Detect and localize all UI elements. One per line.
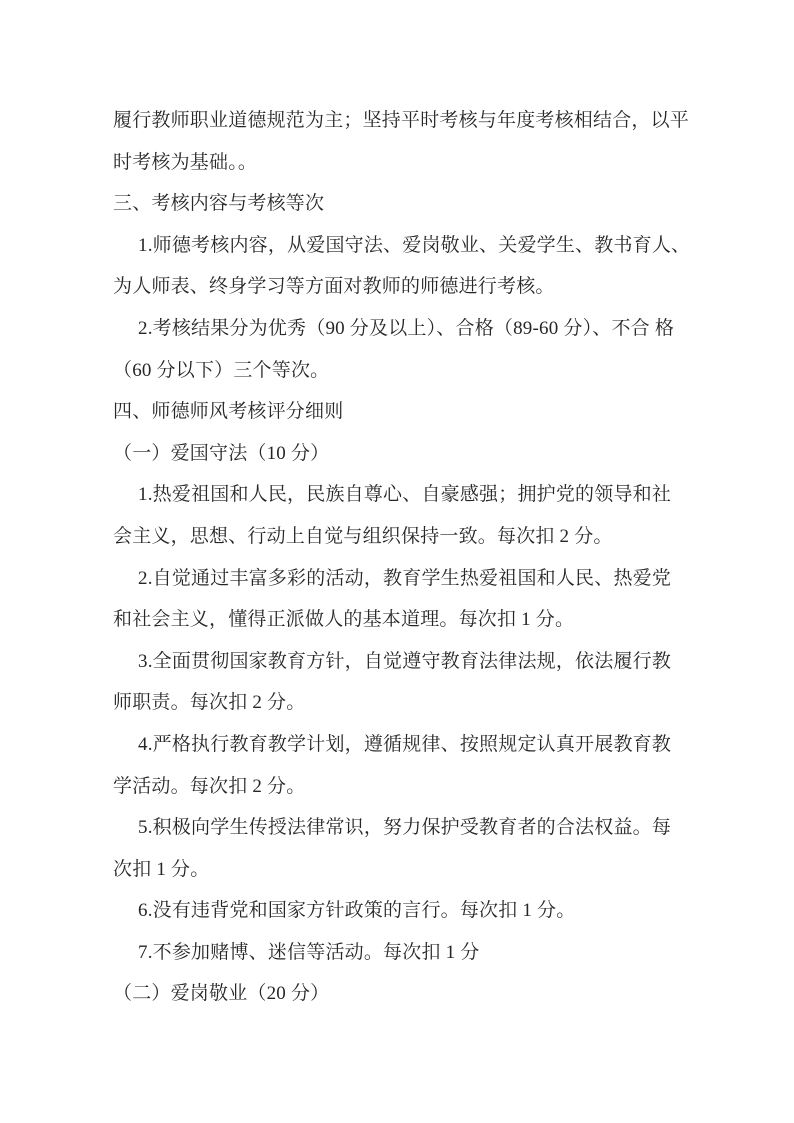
- paragraph-line: 为人师表、终身学习等方面对教师的师德进行考核。: [113, 266, 688, 308]
- list-item-line: 2.自觉通过丰富多彩的活动，教育学生热爱祖国和人民、热爱党: [113, 558, 688, 600]
- document-page: 履行教师职业道德规范为主；坚持平时考核与年度考核相结合，以平时考核为基础。。三、…: [0, 0, 794, 1123]
- list-item-line: 2.考核结果分为优秀（90 分及以上）、合格（89-60 分）、不合 格: [113, 308, 688, 350]
- paragraph-line: 时考核为基础。。: [113, 142, 688, 184]
- subsection-heading: （一）爱国守法（10 分）: [113, 433, 688, 475]
- section-heading: 四、师德师风考核评分细则: [113, 391, 688, 433]
- paragraph-line: 学活动。每次扣 2 分。: [113, 766, 688, 808]
- paragraph-line: 师职责。每次扣 2 分。: [113, 682, 688, 724]
- section-heading: 三、考核内容与考核等次: [113, 183, 688, 225]
- paragraph-line: （60 分以下）三个等次。: [113, 350, 688, 392]
- paragraph-line: 履行教师职业道德规范为主；坚持平时考核与年度考核相结合，以平: [113, 100, 688, 142]
- paragraph-line: 次扣 1 分。: [113, 849, 688, 891]
- list-item-line: 3.全面贯彻国家教育方针，自觉遵守教育法律法规，依法履行教: [113, 641, 688, 683]
- document-content: 履行教师职业道德规范为主；坚持平时考核与年度考核相结合，以平时考核为基础。。三、…: [113, 100, 688, 1015]
- subsection-heading: （二）爱岗敬业（20 分）: [113, 973, 688, 1015]
- list-item-line: 5.积极向学生传授法律常识，努力保护受教育者的合法权益。每: [113, 807, 688, 849]
- paragraph-line: 会主义，思想、行动上自觉与组织保持一致。每次扣 2 分。: [113, 516, 688, 558]
- list-item-line: 1.师德考核内容，从爱国守法、爱岗敬业、关爱学生、教书育人、: [113, 225, 688, 267]
- paragraph-line: 和社会主义，懂得正派做人的基本道理。每次扣 1 分。: [113, 599, 688, 641]
- list-item-line: 7.不参加赌博、迷信等活动。每次扣 1 分: [113, 932, 688, 974]
- list-item-line: 6.没有违背党和国家方针政策的言行。每次扣 1 分。: [113, 890, 688, 932]
- list-item-line: 1.热爱祖国和人民，民族自尊心、自豪感强；拥护党的领导和社: [113, 474, 688, 516]
- list-item-line: 4.严格执行教育教学计划，遵循规律、按照规定认真开展教育教: [113, 724, 688, 766]
